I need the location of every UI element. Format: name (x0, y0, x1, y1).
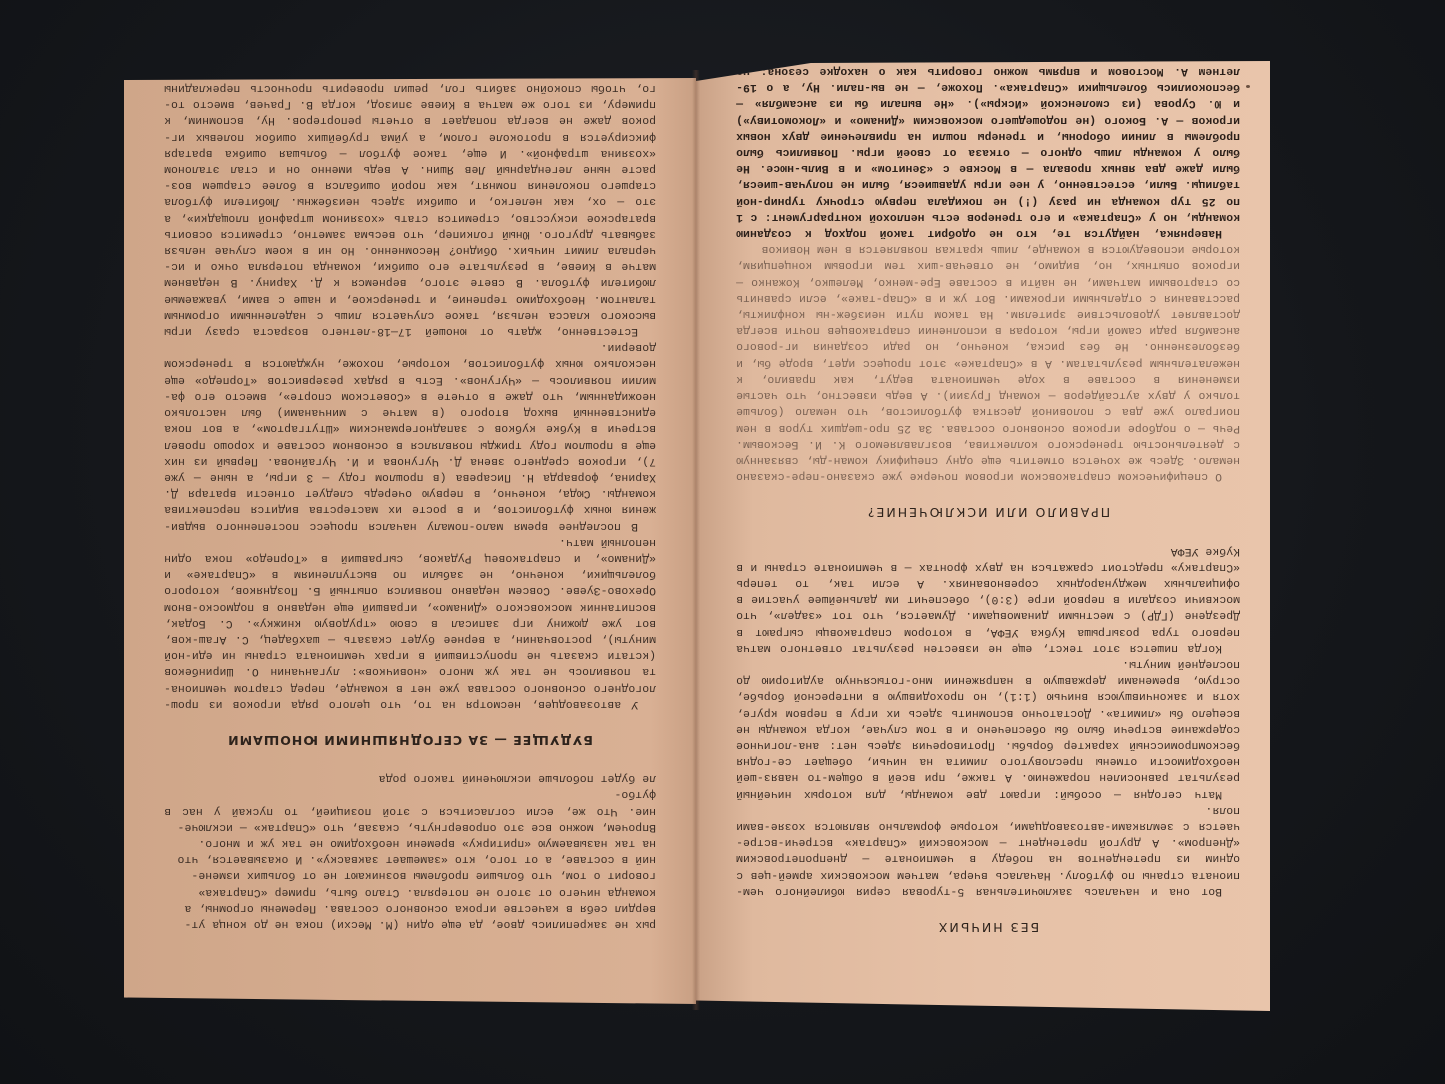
paragraph: Наверняка, найдутся те, кто не одобрит т… (736, 61, 1240, 241)
paragraph: У автозаводцев, несмотря на то, что цело… (164, 534, 656, 712)
text-line: ле будет побольше исключений такого рода (164, 770, 656, 786)
booklet-spine-fold (692, 70, 700, 1010)
paragraph: Когда пишется этот текст, еще не известе… (736, 542, 1240, 655)
text-line: вердил себя в качестве игрока основного … (164, 900, 656, 916)
article-heading: БУДУЩЕЕ — ЗА СЕГОДНЯШНИМИ ЮНОШАМИ (164, 732, 656, 748)
right-page: БЕЗ НИЧЬИХ Вот она и началась заключител… (696, 61, 1270, 1011)
paragraph: Матч сегодня — особый: играют две команд… (736, 656, 1240, 802)
paper-speck (1246, 85, 1250, 88)
left-page-column: рых не закрепились двое, да еще один (М.… (164, 78, 656, 932)
article-continuation: рых не закрепились двое, да еще один (М.… (164, 770, 656, 932)
left-page-content-rotated: рых не закрепились двое, да еще один (М.… (124, 78, 696, 1004)
text-line: ние. Что же, если согласиться с этой поз… (164, 786, 656, 818)
article-heading: БЕЗ НИЧЬИХ (736, 919, 1240, 935)
paragraph: О специфическом спартаковском игровом по… (736, 241, 1240, 484)
article-body: У автозаводцев, несмотря на то, что цело… (164, 78, 656, 712)
text-line: рых не закрепились двое, да еще один (М.… (164, 916, 656, 932)
text-line: ний в составе, а от того, кто «замешает … (164, 851, 656, 867)
paragraph: Вот она и началась заключительная 5-туро… (736, 802, 1240, 899)
paragraph: Естественно, ждать от юношей 17—18-летне… (164, 78, 656, 339)
text-line: говорит о том, что большие проблемы возн… (164, 867, 656, 883)
left-page: рых не закрепились двое, да еще один (М.… (124, 78, 696, 1004)
text-line: команда ничего от этого не потеряла. Ста… (164, 883, 656, 899)
article-body: О специфическом спартаковском игровом по… (736, 61, 1240, 484)
article-heading: ПРАВИЛО ИЛИ ИСКЛЮЧЕНИЕ? (736, 504, 1240, 520)
paragraph: В последнее время мало-помалу начался пр… (164, 339, 656, 533)
text-line: Впрочем, можно все это опровергнуть, ска… (164, 819, 656, 835)
article-body: Вот она и началась заключительная 5-туро… (736, 542, 1240, 898)
right-page-column: БЕЗ НИЧЬИХ Вот она и началась заключител… (736, 61, 1240, 957)
right-page-content-rotated: БЕЗ НИЧЬИХ Вот она и началась заключител… (696, 61, 1270, 1011)
text-line: на так называемую «притирку» времени нео… (164, 835, 656, 851)
